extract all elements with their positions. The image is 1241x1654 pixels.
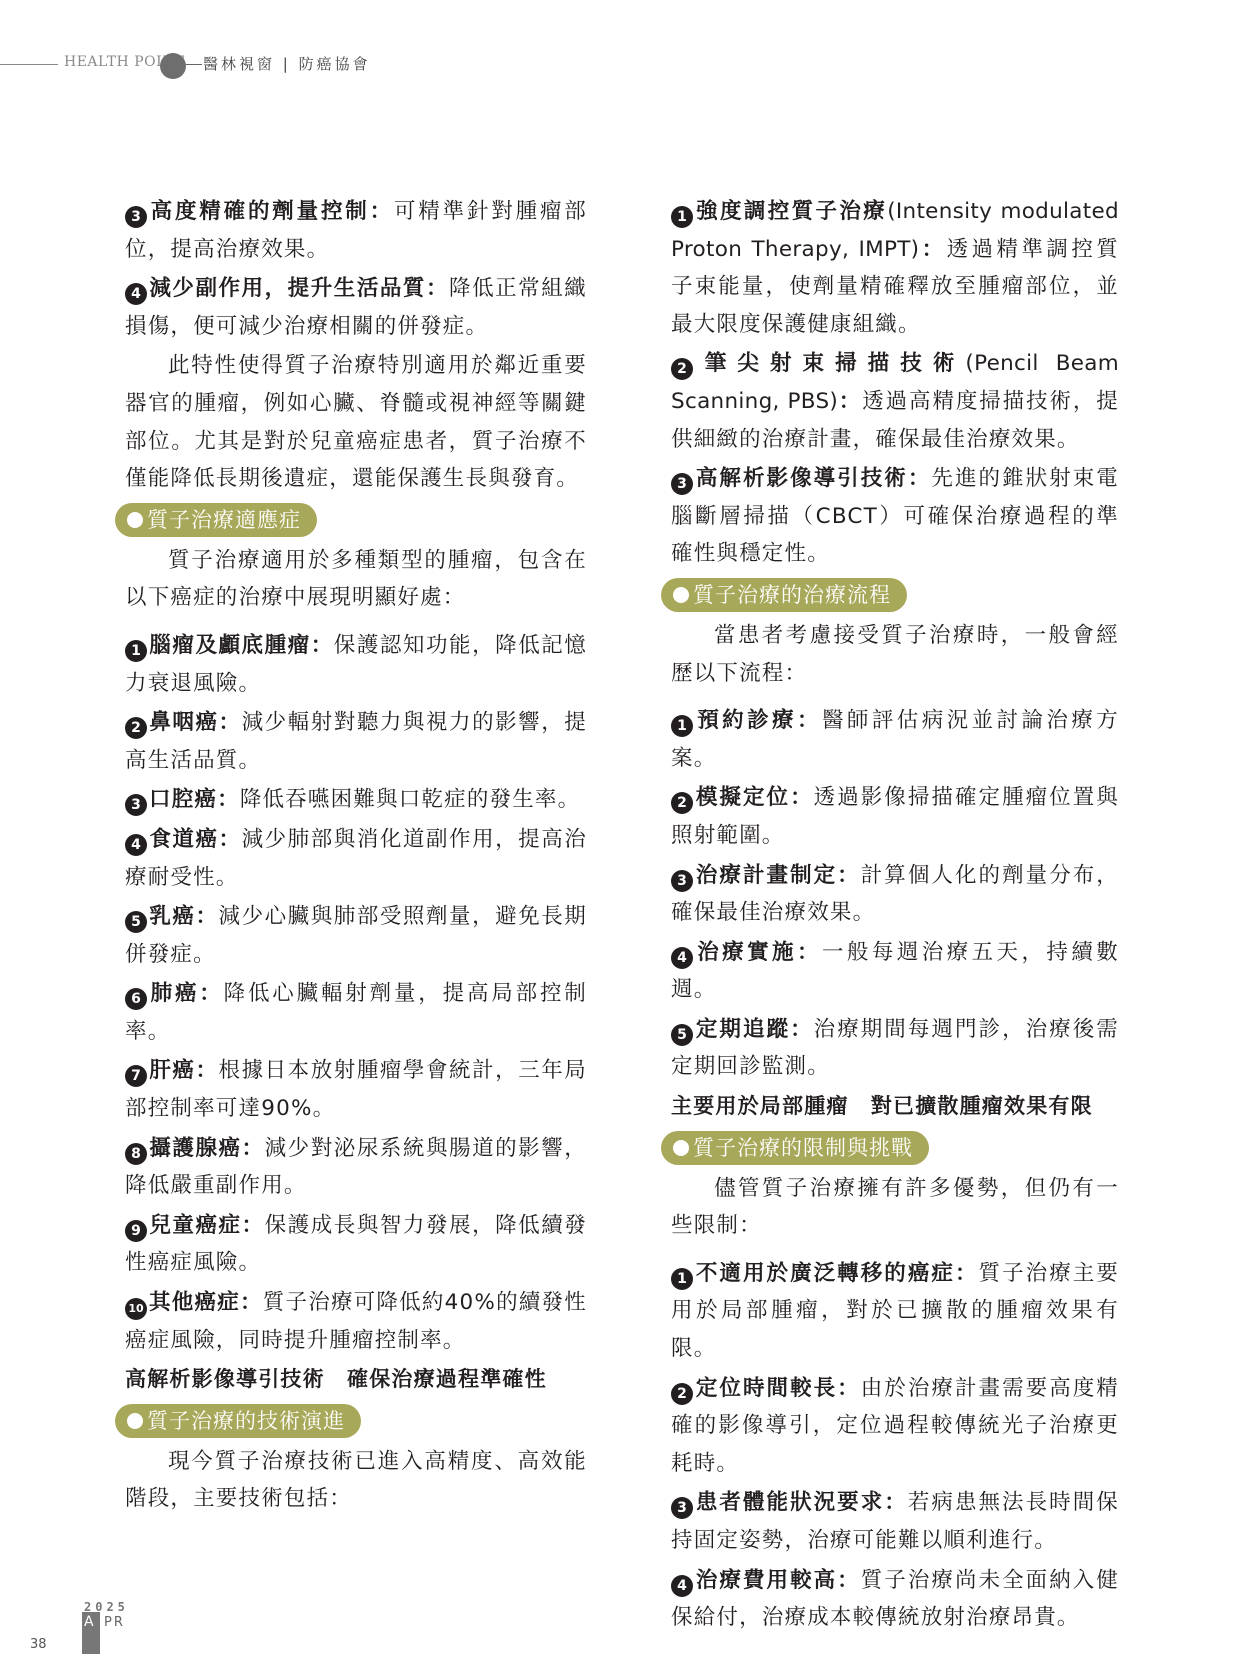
body-paragraph: 此特性使得質子治療特別適用於鄰近重要器官的腫瘤，例如心臟、脊髓或視神經等關鍵部位…	[125, 347, 587, 497]
item-title: 預約診療：	[695, 708, 822, 733]
bullet-icon	[673, 1140, 689, 1156]
number-badge-icon: 5	[125, 911, 147, 933]
number-badge-icon: 3	[125, 794, 147, 816]
tech-item: 1強度調控質子治療(Intensity modulated Proton The…	[671, 193, 1119, 343]
item-title: 腦瘤及顱底腫瘤：	[149, 633, 334, 658]
list-item: 1腦瘤及顱底腫瘤：保護認知功能，降低記憶力衰退風險。	[125, 627, 587, 702]
number-badge-icon: 4	[671, 947, 693, 969]
item-title: 強度調控質子治療	[695, 199, 887, 224]
number-badge-icon: 8	[125, 1143, 147, 1165]
page-number: 38	[30, 1637, 47, 1652]
number-badge-icon: 4	[125, 283, 147, 305]
list-item: 6肺癌：降低心臟輻射劑量，提高局部控制率。	[125, 975, 587, 1050]
issue-month-initial: A	[84, 1614, 94, 1630]
item-title: 減少副作用，提升生活品質：	[149, 276, 449, 301]
list-item: 2定位時間較長：由於治療計畫需要高度精確的影像導引，定位過程較傳統光子治療更耗時…	[671, 1370, 1119, 1483]
number-badge-icon: 6	[125, 988, 147, 1010]
number-badge-icon: 1	[671, 1268, 693, 1290]
number-badge-icon: 2	[671, 792, 693, 814]
item-title: 治療計畫制定：	[695, 863, 861, 888]
running-header: HEALTH POINT 醫林視窗 | 防癌協會	[0, 50, 600, 80]
section-intro: 現今質子治療技術已進入高精度、高效能階段，主要技術包括：	[125, 1443, 587, 1518]
number-badge-icon: 1	[671, 206, 693, 228]
number-badge-icon: 9	[125, 1220, 147, 1242]
item-title: 攝護腺癌：	[149, 1136, 265, 1161]
list-item: 7肝癌：根據日本放射腫瘤學會統計，三年局部控制率可達90%。	[125, 1052, 587, 1127]
item-title: 筆尖射束掃描技術	[695, 351, 965, 376]
number-badge-icon: 3	[671, 473, 693, 495]
item-title: 食道癌：	[149, 827, 242, 852]
list-item: 5定期追蹤：治療期間每週門診，治療後需定期回診監測。	[671, 1011, 1119, 1086]
subheading: 主要用於局部腫瘤 對已擴散腫瘤效果有限	[671, 1088, 1119, 1126]
bullet-icon	[127, 1413, 143, 1429]
list-item: 9兒童癌症：保護成長與智力發展，降低續發性癌症風險。	[125, 1207, 587, 1282]
list-item: 3治療計畫制定：計算個人化的劑量分布，確保最佳治療效果。	[671, 857, 1119, 932]
number-badge-icon: 2	[125, 717, 147, 739]
item-title: 治療實施：	[695, 940, 822, 965]
section-intro: 質子治療適用於多種類型的腫瘤，包含在以下癌症的治療中展現明顯好處：	[125, 542, 587, 617]
header-section: 醫林視窗 | 防癌協會	[203, 53, 371, 74]
number-badge-icon: 4	[125, 834, 147, 856]
advantage-item: 3高度精確的劑量控制：可精準針對腫瘤部位，提高治療效果。	[125, 193, 587, 268]
number-badge-icon: 3	[671, 1497, 693, 1519]
item-title: 高度精確的劑量控制：	[149, 199, 394, 224]
section-heading-text: 質子治療的限制與挑戰	[693, 1136, 913, 1160]
section-heading-text: 質子治療適應症	[147, 508, 301, 532]
section-heading-evolution: 質子治療的技術演進	[115, 1404, 361, 1438]
number-badge-icon: 10	[125, 1298, 147, 1320]
item-title: 肝癌：	[149, 1058, 219, 1083]
left-column: 3高度精確的劑量控制：可精準針對腫瘤部位，提高治療效果。 4減少副作用，提升生活…	[125, 193, 587, 1520]
item-title: 乳癌：	[149, 904, 219, 929]
section-intro: 當患者考慮接受質子治療時，一般會經歷以下流程：	[671, 617, 1119, 692]
number-badge-icon: 2	[671, 358, 693, 380]
section-heading-process: 質子治療的治療流程	[661, 578, 907, 612]
list-item: 4治療費用較高：質子治療尚未全面納入健保給付，治療成本較傳統放射治療昂貴。	[671, 1562, 1119, 1637]
list-item: 4治療實施：一般每週治療五天，持續數週。	[671, 934, 1119, 1009]
item-text: 降低吞嚥困難與口乾症的發生率。	[240, 787, 581, 812]
section-heading-text: 質子治療的治療流程	[693, 583, 891, 607]
number-badge-icon: 3	[125, 206, 147, 228]
item-title: 口腔癌：	[149, 787, 240, 812]
item-title: 兒童癌症：	[149, 1213, 265, 1238]
item-title: 高解析影像導引技術：	[695, 466, 931, 491]
item-title: 模擬定位：	[695, 785, 814, 810]
number-badge-icon: 2	[671, 1383, 693, 1405]
section-heading-text: 質子治療的技術演進	[147, 1409, 345, 1433]
section-intro: 儘管質子治療擁有許多優勢，但仍有一些限制：	[671, 1170, 1119, 1245]
item-colon: ：	[919, 237, 946, 262]
section-heading-limits: 質子治療的限制與挑戰	[661, 1131, 929, 1165]
subheading: 高解析影像導引技術 確保治療過程準確性	[125, 1361, 587, 1399]
item-title: 定期追蹤：	[695, 1017, 814, 1042]
list-item: 3患者體能狀況要求：若病患無法長時間保持固定姿勢，治療可能難以順利進行。	[671, 1484, 1119, 1559]
list-item: 1不適用於廣泛轉移的癌症：質子治療主要用於局部腫瘤，對於已擴散的腫瘤效果有限。	[671, 1255, 1119, 1368]
number-badge-icon: 3	[671, 870, 693, 892]
list-item: 5乳癌：減少心臟與肺部受照劑量，避免長期併發症。	[125, 898, 587, 973]
number-badge-icon: 7	[125, 1065, 147, 1087]
number-badge-icon: 1	[125, 640, 147, 662]
list-item: 3口腔癌：降低吞嚥困難與口乾症的發生率。	[125, 781, 587, 819]
bullet-icon	[127, 512, 143, 528]
item-title: 其他癌症：	[149, 1290, 263, 1315]
item-title: 患者體能狀況要求：	[695, 1490, 908, 1515]
number-badge-icon: 4	[671, 1575, 693, 1597]
header-rule-short	[186, 64, 202, 65]
right-column: 1強度調控質子治療(Intensity modulated Proton The…	[671, 193, 1119, 1639]
item-title: 治療費用較高：	[695, 1568, 861, 1593]
advantage-item: 4減少副作用，提升生活品質：降低正常組織損傷，便可減少治療相關的併發症。	[125, 270, 587, 345]
item-title: 定位時間較長：	[695, 1376, 861, 1401]
list-item: 4食道癌：減少肺部與消化道副作用，提高治療耐受性。	[125, 821, 587, 896]
number-badge-icon: 1	[671, 715, 693, 737]
list-item: 1預約診療：醫師評估病況並討論治療方案。	[671, 702, 1119, 777]
header-dot-icon	[160, 53, 186, 79]
list-item: 10其他癌症：質子治療可降低約40%的續發性癌症風險，同時提升腫瘤控制率。	[125, 1284, 587, 1359]
bullet-icon	[673, 587, 689, 603]
tech-item: 3高解析影像導引技術：先進的錐狀射束電腦斷層掃描（CBCT）可確保治療過程的準確…	[671, 460, 1119, 573]
item-title: 鼻咽癌：	[149, 710, 242, 735]
issue-month-rest: PR	[104, 1615, 125, 1630]
item-colon: ：	[838, 389, 862, 414]
number-badge-icon: 5	[671, 1024, 693, 1046]
item-title: 不適用於廣泛轉移的癌症：	[695, 1261, 979, 1286]
list-item: 2模擬定位：透過影像掃描確定腫瘤位置與照射範圍。	[671, 779, 1119, 854]
list-item: 8攝護腺癌：減少對泌尿系統與腸道的影響，降低嚴重副作用。	[125, 1130, 587, 1205]
list-item: 2鼻咽癌：減少輻射對聽力與視力的影響，提高生活品質。	[125, 704, 587, 779]
item-title: 肺癌：	[149, 981, 224, 1006]
header-rule	[0, 64, 58, 65]
tech-item: 2筆尖射束掃描技術(Pencil Beam Scanning, PBS)：透過高…	[671, 345, 1119, 458]
section-heading-indications: 質子治療適應症	[115, 503, 317, 537]
